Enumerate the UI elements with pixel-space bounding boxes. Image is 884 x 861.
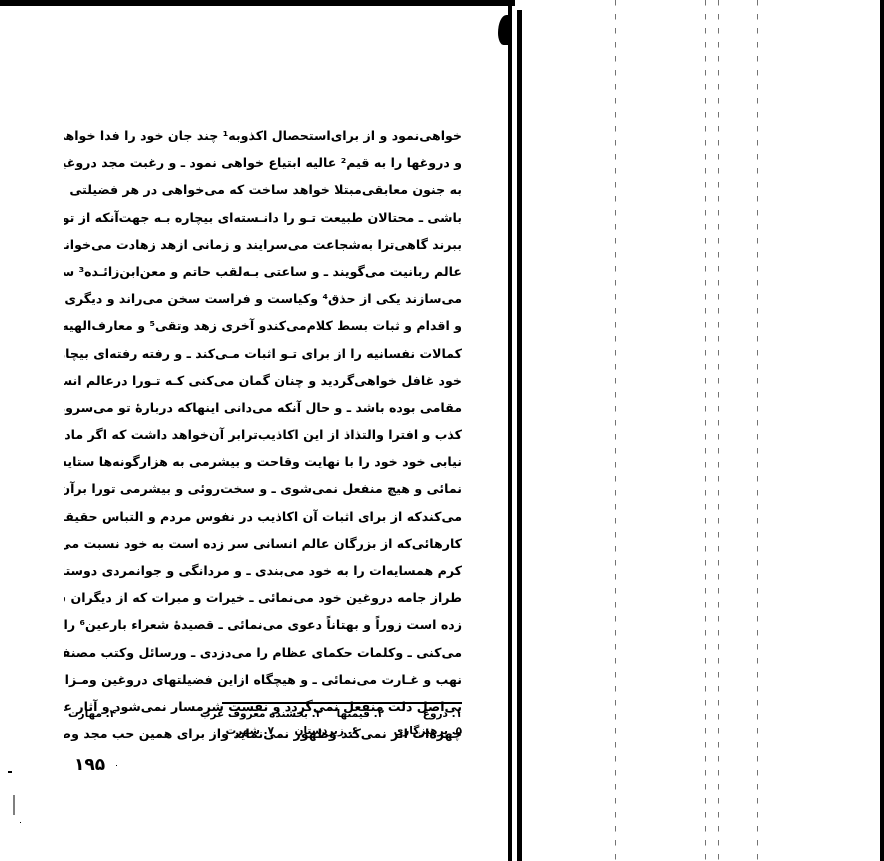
footnotes: ۱. دروغ ۲. قیمتها ۳. بخشنده معروف عرب ۴.… xyxy=(64,706,462,740)
footnote-3: ۳. بخشنده معروف عرب xyxy=(188,706,322,723)
text-line: نمائی و هیچ منفعل نمی‌شوی ـ و سخت‌روئی و… xyxy=(64,475,462,502)
text-line: کذب و افترا والتذاذ از این اکاذیب‌ترابر … xyxy=(64,421,462,448)
text-line: خواهی‌نمود و از برای‌استحصال اکذوبه¹ چند… xyxy=(64,122,462,149)
page-top-edge-shadow xyxy=(0,0,515,6)
text-line: کمالات نفسانیه را از برای تـو اثبات مـی‌… xyxy=(64,340,462,367)
scan-speck xyxy=(8,771,12,773)
bleed-through-dots xyxy=(615,0,616,861)
text-line: کرم همسایه‌ات را به خود می‌بندی ـ و مردا… xyxy=(64,557,462,584)
footnote-row: ۵. پرهیزگاری ۶. زبردستان ۷. شهرت xyxy=(64,723,462,740)
text-line: نیابی خود خود را با نهایت وقاحت و بیشرمی… xyxy=(64,448,462,475)
text-line: نهب و غـارت می‌نمائی ـ و هیچگاه ازاین فض… xyxy=(64,666,462,693)
scan-speck xyxy=(20,822,21,823)
page-number: ۱۹۵ xyxy=(74,755,105,775)
footnote-2: ۲. قیمتها xyxy=(322,706,384,723)
text-line: زده است زوراً و بهتاناً دعوی می‌نمائی ـ … xyxy=(64,611,462,638)
text-line: باشی ـ محتالان طبیعت تـو را دانـسته‌ای ب… xyxy=(64,204,462,231)
text-line: می‌سازند یکی از حذق⁴ وکیاست و فراست سخن … xyxy=(64,285,462,312)
text-line: می‌کندکه از برای اثبات آن اکاذیب در نفوس… xyxy=(64,503,462,530)
text-line: طراز جامه دروغین خود می‌نمائی ـ خیرات و … xyxy=(64,584,462,611)
bleed-through-dots xyxy=(757,0,758,861)
footnote-1: ۱. دروغ xyxy=(384,706,462,723)
footnote-separator xyxy=(222,702,462,704)
book-spine-line-right xyxy=(517,10,522,861)
footnote-5: ۵. پرهیزگاری xyxy=(358,723,462,740)
body-text: خواهی‌نمود و از برای‌استحصال اکذوبه¹ چند… xyxy=(64,122,462,747)
text-line: عالم ربانیت می‌گویند ـ و ساعتی بـه‌لقب ح… xyxy=(64,258,462,285)
footnote-6: ۶. زبردستان xyxy=(274,723,358,740)
footnote-7: ۷. شهرت xyxy=(194,723,274,740)
bleed-through-dots xyxy=(718,0,719,861)
scan-speck xyxy=(13,795,15,815)
text-line: خود غافل خواهی‌گردید و چنان گمان می‌کنی … xyxy=(64,367,462,394)
text-line: و دروغها را به قیم² عالیه ابتیاع خواهی ن… xyxy=(64,149,462,176)
text-line: و اقدام و ثبات بسط کلام‌می‌کندو آخری زهد… xyxy=(64,312,462,339)
page-right-edge xyxy=(880,0,884,861)
footnote-row: ۱. دروغ ۲. قیمتها ۳. بخشنده معروف عرب ۴.… xyxy=(64,706,462,723)
text-line: به جنون معابقی‌مبتلا خواهد ساخت که می‌خو… xyxy=(64,176,462,203)
text-line: ببرند گاهی‌ترا به‌شجاعت می‌سرایند و زمان… xyxy=(64,231,462,258)
book-spine-line-left xyxy=(508,6,512,861)
text-line: کارهائی‌که از بزرگان عالم انسانی سر زده … xyxy=(64,530,462,557)
footnote-4: ۴. مهارت xyxy=(68,706,188,723)
bleed-through-dots xyxy=(705,0,706,861)
text-line: مقامی بوده باشد ـ و حال آنکه می‌دانی این… xyxy=(64,394,462,421)
text-line: می‌کنی ـ وکلمات حکمای عظام را می‌دزدی ـ … xyxy=(64,639,462,666)
scan-speck xyxy=(116,765,117,766)
